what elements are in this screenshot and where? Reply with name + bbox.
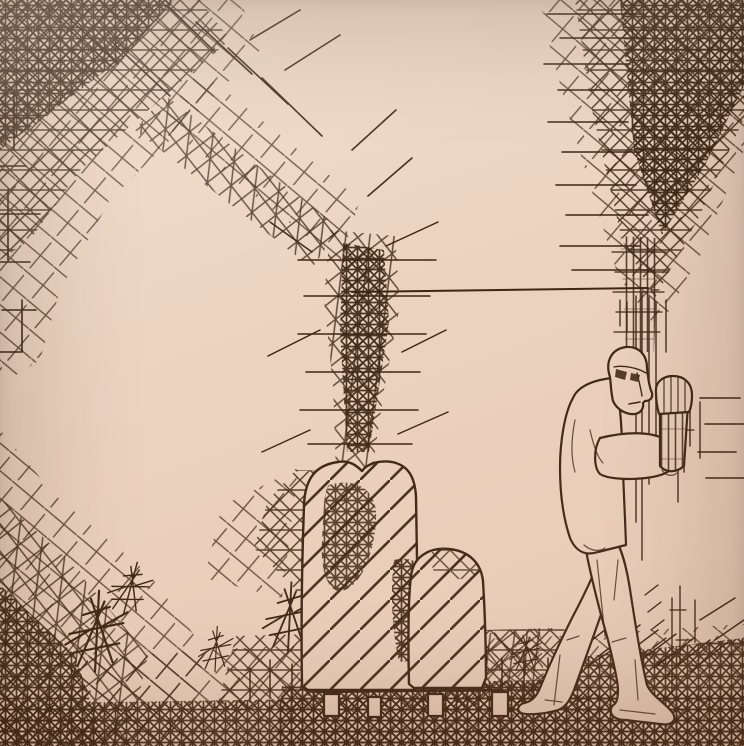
chair-foot [324,694,339,716]
chair-foot [368,697,381,717]
ladder-hatch-above-head [620,236,658,352]
artwork-frame [0,0,744,746]
chair-foot [428,694,443,716]
chair-foot [492,692,508,716]
figure-fist [656,376,692,414]
ink-drawing [0,0,744,746]
